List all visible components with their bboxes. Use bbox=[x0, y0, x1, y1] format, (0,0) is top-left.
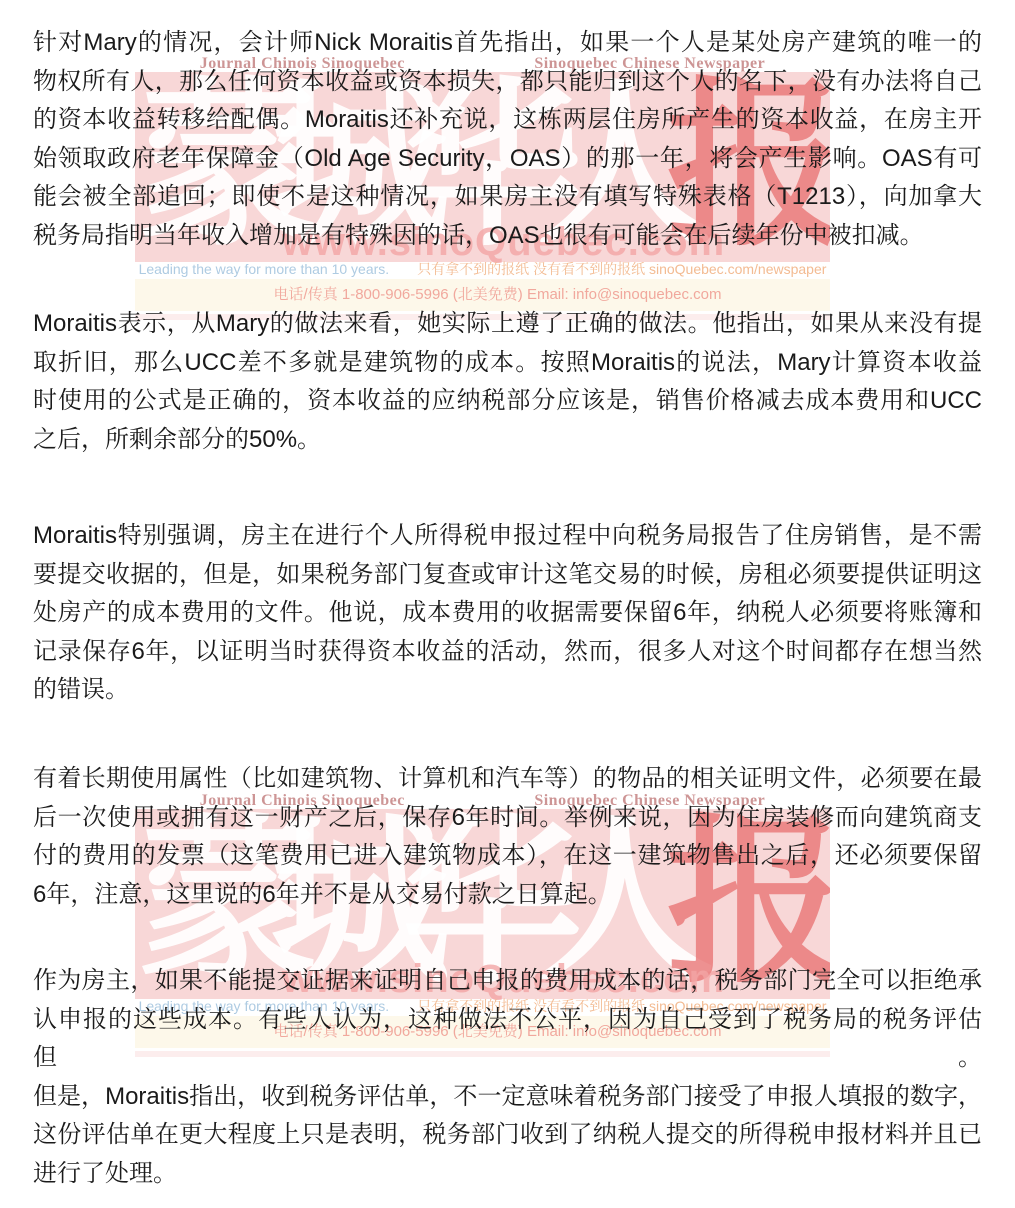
text-line: 的错误。 bbox=[33, 671, 982, 710]
text-line: 的资本收益转移给配偶。Moraitis还补充说，这栋两层住房所产生的资本收益，在… bbox=[33, 101, 982, 140]
text-line: 始领取政府老年保障金（Old Age Security，OAS）的那一年，将会产… bbox=[33, 140, 982, 179]
text-line: Moraitis特别强调，房主在进行个人所得税申报过程中向税务局报告了住房销售，… bbox=[33, 517, 982, 556]
text-line: 处房产的成本费用的文件。他说，成本费用的收据需要保留6年，纳税人必须要将账簿和 bbox=[33, 594, 982, 633]
text-line: 认申报的这些成本。有些人认为，这种做法不公平，因为自己受到了税务局的税务评估但。 bbox=[33, 1001, 982, 1078]
text-line: 物权所有人，那么任何资本收益或资本损失，都只能归到这个人的名下，没有办法将自己 bbox=[33, 63, 982, 102]
article-page: Journal Chinois Sinoquebec Sinoquebec Ch… bbox=[0, 0, 1015, 1208]
text-line: 有着长期使用属性（比如建筑物、计算机和汽车等）的物品的相关证明文件，必须要在最 bbox=[33, 760, 982, 799]
text-line: Moraitis表示，从Mary的做法来看，她实际上遵了正确的做法。他指出，如果… bbox=[33, 305, 982, 344]
text-line: 记录保存6年，以证明当时获得资本收益的活动，然而，很多人对这个时间都存在想当然 bbox=[33, 633, 982, 672]
text-line: 针对Mary的情况，会计师Nick Moraitis首先指出，如果一个人是某处房… bbox=[33, 24, 982, 63]
text-line: 之后，所剩余部分的50%。 bbox=[33, 421, 982, 460]
paragraph-assessment-notice: 作为房主，如果不能提交证据来证明自己申报的费用成本的话，税务部门完全可以拒绝承 … bbox=[33, 962, 982, 1193]
paragraph-six-year-rule: 有着长期使用属性（比如建筑物、计算机和汽车等）的物品的相关证明文件，必须要在最 … bbox=[33, 760, 982, 914]
text-line: 后一次使用或拥有这一财产之后，保存6年时间。举例来说，因为住房装修而向建筑商支 bbox=[33, 799, 982, 838]
paragraph-ucc-formula: Moraitis表示，从Mary的做法来看，她实际上遵了正确的做法。他指出，如果… bbox=[33, 305, 982, 459]
text-line: 进行了处理。 bbox=[33, 1155, 982, 1194]
watermark-tagline-chinese: 只有拿不到的报纸 没有看不到的报纸 sinoQuebec.com/newspap… bbox=[417, 262, 826, 277]
paragraph-keep-receipts: Moraitis特别强调，房主在进行个人所得税申报过程中向税务局报告了住房销售，… bbox=[33, 517, 982, 710]
paragraph-oas-impact: 针对Mary的情况，会计师Nick Moraitis首先指出，如果一个人是某处房… bbox=[33, 24, 982, 255]
text-line: 取折旧，那么UCC差不多就是建筑物的成本。按照Moraitis的说法，Mary计… bbox=[33, 344, 982, 383]
watermark-tagline-english: Leading the way for more than 10 years. bbox=[139, 262, 390, 277]
text-line: 税务局指明当年收入增加是有特殊因的话，OAS也很有可能会在后续年份中被扣减。 bbox=[33, 217, 982, 256]
text-line: 要提交收据的，但是，如果税务部门复查或审计这笔交易的时候，房租必须要提供证明这 bbox=[33, 556, 982, 595]
text-line: 这份评估单在更大程度上只是表明，税务部门收到了纳税人提交的所得税申报材料并且已 bbox=[33, 1116, 982, 1155]
text-line: 时使用的公式是正确的，资本收益的应纳税部分应该是，销售价格减去成本费用和UCC bbox=[33, 382, 982, 421]
text-line: 作为房主，如果不能提交证据来证明自己申报的费用成本的话，税务部门完全可以拒绝承 bbox=[33, 962, 982, 1001]
text-line: 6年，注意，这里说的6年并不是从交易付款之日算起。 bbox=[33, 876, 982, 915]
text-line: 但是，Moraitis指出，收到税务评估单，不一定意味着税务部门接受了申报人填报… bbox=[33, 1078, 982, 1117]
text-line: 付的费用的发票（这笔费用已进入建筑物成本），在这一建筑物售出之后，还必须要保留 bbox=[33, 837, 982, 876]
text-line: 能会被全部追回；即使不是这种情况，如果房主没有填写特殊表格（T1213），向加拿… bbox=[33, 178, 982, 217]
watermark-tagline-row: Leading the way for more than 10 years. … bbox=[135, 262, 830, 277]
watermark-contact-info: 电话/传真 1-800-906-5996 (北美免费) Email: info@… bbox=[274, 286, 722, 303]
